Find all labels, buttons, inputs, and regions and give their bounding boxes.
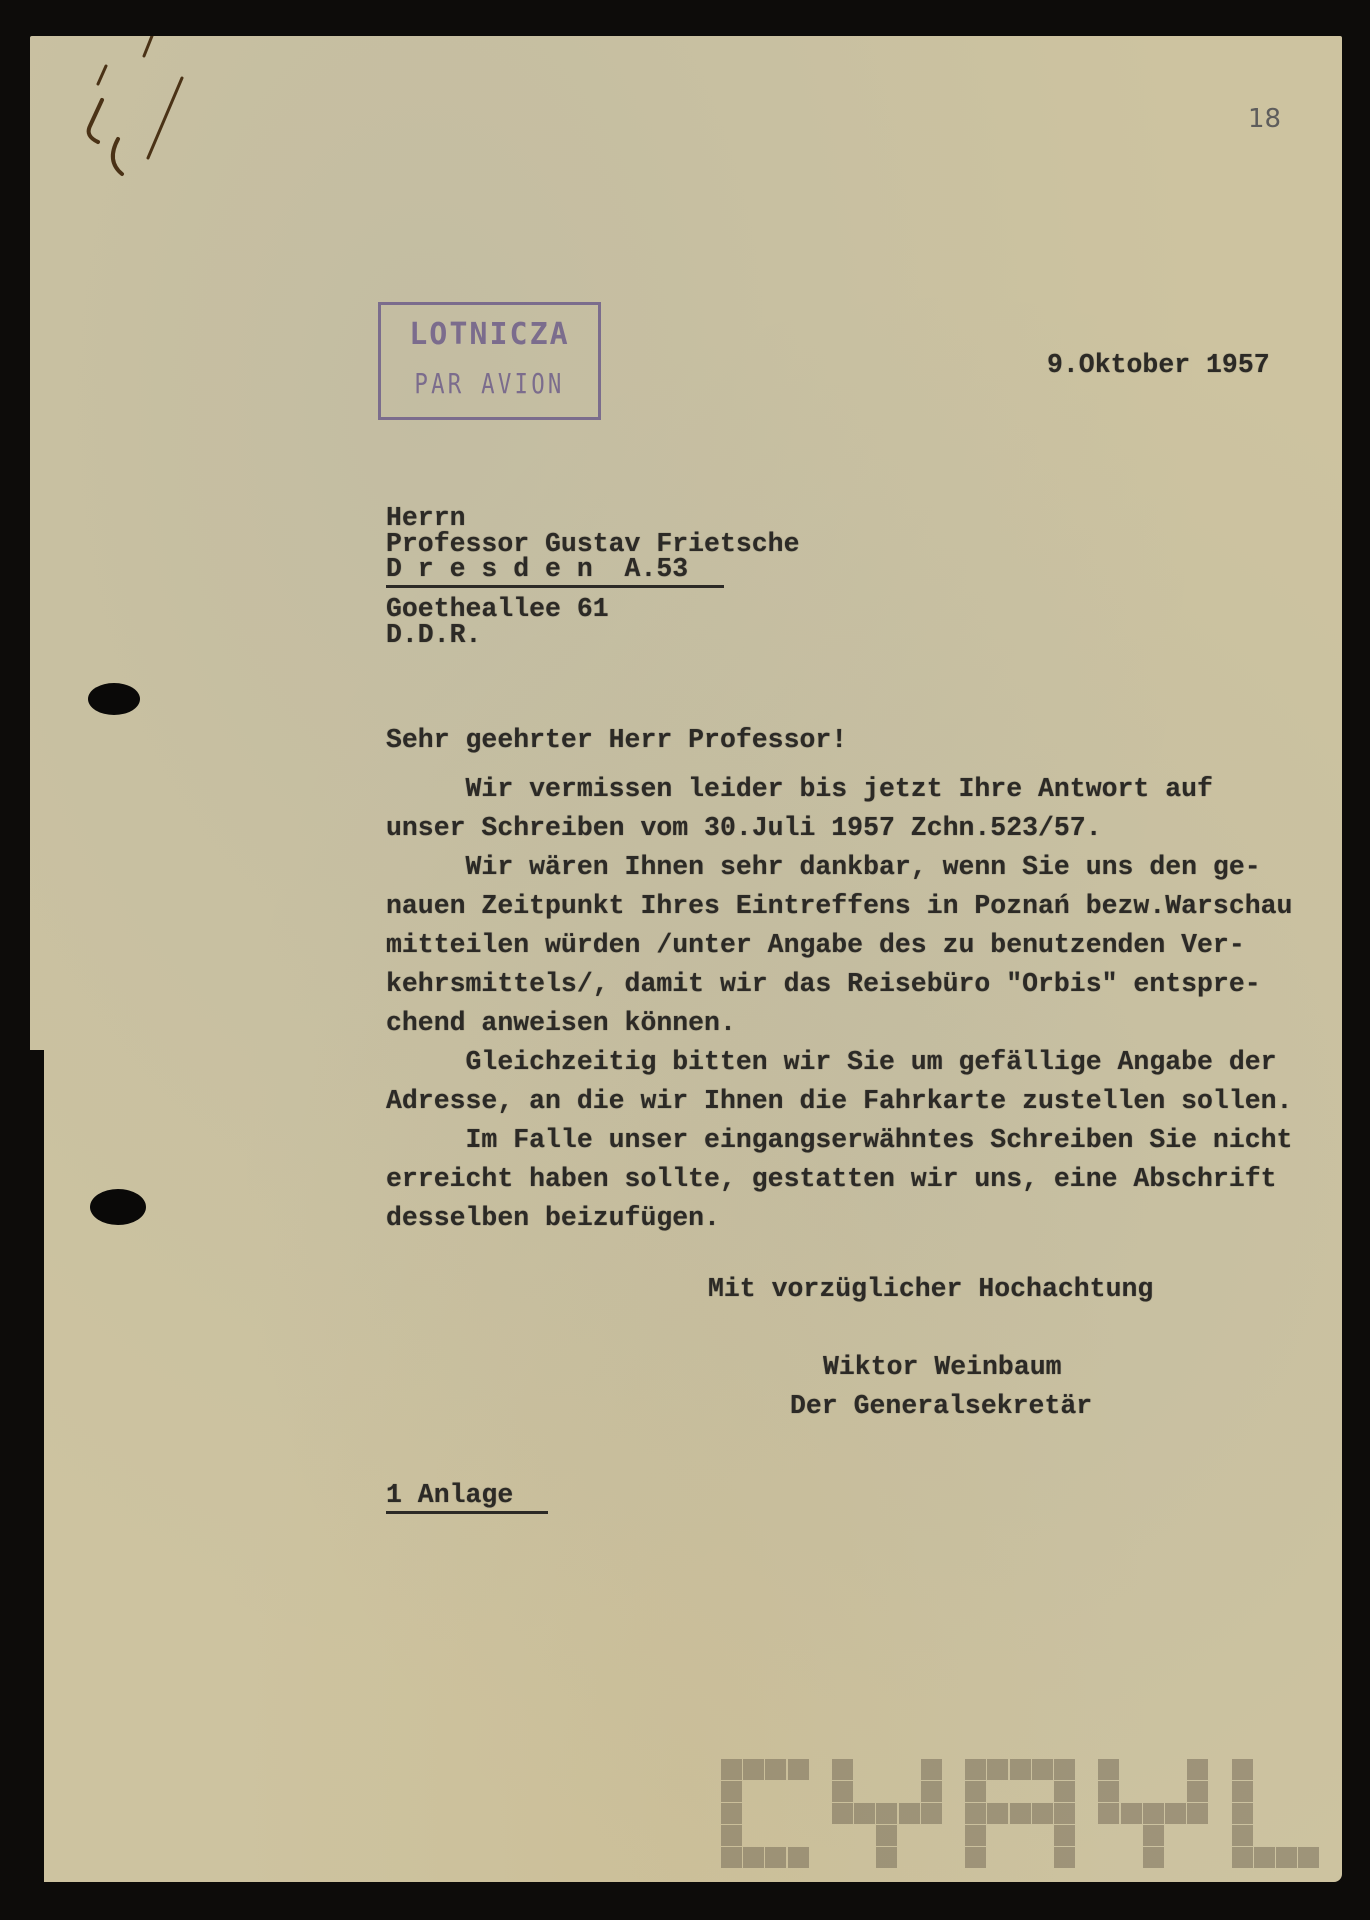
body-line: unser Schreiben vom 30.Juli 1957 Zchn.52… bbox=[386, 815, 1102, 842]
enclosure-note: 1 Anlage bbox=[386, 1482, 548, 1514]
body-line: mitteilen würden /unter Angabe des zu be… bbox=[386, 932, 1245, 959]
body-line: desselben beizufügen. bbox=[386, 1205, 720, 1232]
page-number: 18 bbox=[1248, 104, 1281, 134]
body-line: Adresse, an die wir Ihnen die Fahrkarte … bbox=[386, 1088, 1292, 1115]
body-line: nauen Zeitpunkt Ihres Eintreffens in Poz… bbox=[386, 893, 1292, 920]
recipient-country: D.D.R. bbox=[386, 622, 481, 649]
stamp-line-1: LOTNICZA bbox=[381, 317, 598, 352]
body-line: kehrsmittels/, damit wir das Reisebüro "… bbox=[386, 971, 1261, 998]
punch-hole bbox=[88, 683, 140, 715]
closing: Mit vorzüglicher Hochachtung bbox=[708, 1276, 1153, 1303]
page-edge-tear bbox=[30, 1050, 44, 1882]
recipient-street: Goetheallee 61 bbox=[386, 596, 609, 623]
signatory-title: Der Generalsekretär bbox=[790, 1393, 1092, 1420]
signatory-name: Wiktor Weinbaum bbox=[823, 1354, 1062, 1381]
body-line: chend anweisen können. bbox=[386, 1010, 736, 1037]
body-line: erreicht haben sollte, gestatten wir uns… bbox=[386, 1166, 1277, 1193]
letter-date: 9.Oktober 1957 bbox=[1047, 352, 1270, 379]
body-line: Wir vermissen leider bis jetzt Ihre Antw… bbox=[386, 776, 1213, 803]
body-line: Gleichzeitig bitten wir Sie um gefällige… bbox=[386, 1049, 1277, 1076]
handwritten-mark-icon bbox=[60, 36, 200, 186]
recipient-salutation: Herrn bbox=[386, 505, 466, 532]
airmail-stamp: LOTNICZA PAR AVION bbox=[378, 302, 601, 420]
stamp-line-2: PAR AVION bbox=[403, 367, 577, 400]
body-line: Im Falle unser eingangserwähntes Schreib… bbox=[386, 1127, 1292, 1154]
body-line: Wir wären Ihnen sehr dankbar, wenn Sie u… bbox=[386, 854, 1261, 881]
greeting: Sehr geehrter Herr Professor! bbox=[386, 727, 847, 754]
recipient-city: D r e s d e n A.53 bbox=[386, 556, 724, 588]
punch-hole bbox=[90, 1189, 146, 1225]
